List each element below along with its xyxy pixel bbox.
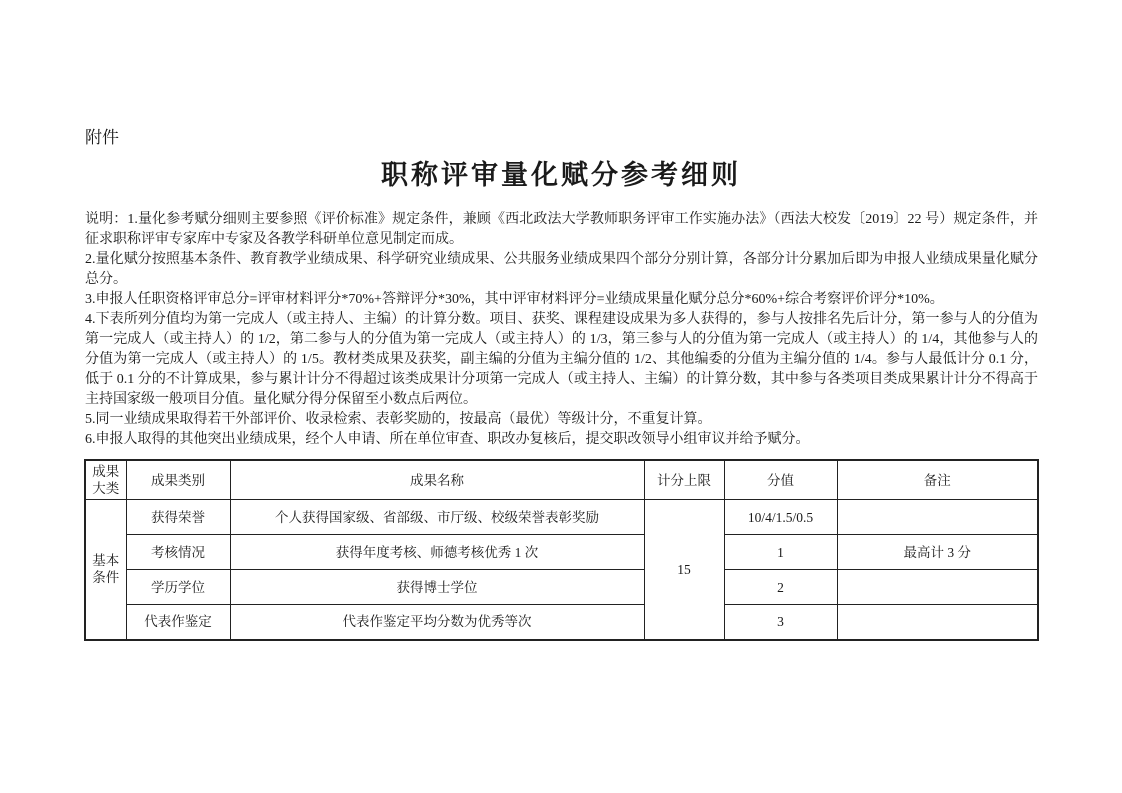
- column-header-remark: 备注: [837, 460, 1038, 500]
- note-item-4: 4.下表所列分值均为第一完成人（或主持人、主编）的计算分数。项目、获奖、课程建设…: [85, 310, 1038, 410]
- notes-section: 说明：1.量化参考赋分细则主要参照《评价标准》规定条件，兼顾《西北政法大学教师职…: [85, 210, 1038, 450]
- table-row: 代表作鉴定 代表作鉴定平均分数为优秀等次 3: [85, 605, 1038, 640]
- score-cell: 10/4/1.5/0.5: [724, 500, 837, 535]
- note-item-6: 6.申报人取得的其他突出业绩成果，经个人申请、所在单位审查、职改办复核后，提交职…: [85, 430, 1038, 450]
- document-page: 附件 职称评审量化赋分参考细则 说明：1.量化参考赋分细则主要参照《评价标准》规…: [0, 0, 1122, 793]
- notes-label: 说明：: [85, 212, 127, 227]
- remark-cell: [837, 500, 1038, 535]
- page-title: 职称评审量化赋分参考细则: [0, 158, 1122, 192]
- name-cell: 个人获得国家级、省部级、市厅级、校级荣誉表彰奖励: [230, 500, 644, 535]
- score-cell: 1: [724, 535, 837, 570]
- attachment-label: 附件: [85, 127, 119, 149]
- note-item-3: 3.申报人任职资格评审总分=评审材料评分*70%+答辩评分*30%，其中评审材料…: [85, 290, 1038, 310]
- note-item-1: 说明：1.量化参考赋分细则主要参照《评价标准》规定条件，兼顾《西北政法大学教师职…: [85, 210, 1038, 250]
- column-header-group: 成果大类: [85, 460, 126, 500]
- column-header-category: 成果类别: [126, 460, 230, 500]
- note-item-2: 2.量化赋分按照基本条件、教育教学业绩成果、科学研究业绩成果、公共服务业绩成果四…: [85, 250, 1038, 290]
- category-cell: 代表作鉴定: [126, 605, 230, 640]
- category-cell: 考核情况: [126, 535, 230, 570]
- score-cell: 3: [724, 605, 837, 640]
- column-header-score: 分值: [724, 460, 837, 500]
- table-header-row: 成果大类 成果类别 成果名称 计分上限 分值 备注: [85, 460, 1038, 500]
- name-cell: 获得年度考核、师德考核优秀 1 次: [230, 535, 644, 570]
- category-cell: 学历学位: [126, 570, 230, 605]
- category-cell: 获得荣誉: [126, 500, 230, 535]
- table-row: 考核情况 获得年度考核、师德考核优秀 1 次 1 最高计 3 分: [85, 535, 1038, 570]
- name-cell: 代表作鉴定平均分数为优秀等次: [230, 605, 644, 640]
- note-text: 1.量化参考赋分细则主要参照《评价标准》规定条件，兼顾《西北政法大学教师职务评审…: [85, 212, 1038, 247]
- table-row: 学历学位 获得博士学位 2: [85, 570, 1038, 605]
- scoring-table: 成果大类 成果类别 成果名称 计分上限 分值 备注 基本条件 获得荣誉 个人获得…: [84, 459, 1039, 641]
- remark-cell: [837, 570, 1038, 605]
- table-row: 基本条件 获得荣誉 个人获得国家级、省部级、市厅级、校级荣誉表彰奖励 15 10…: [85, 500, 1038, 535]
- score-cell: 2: [724, 570, 837, 605]
- score-cap-cell: 15: [644, 500, 724, 640]
- group-cell: 基本条件: [85, 500, 126, 640]
- column-header-score-cap: 计分上限: [644, 460, 724, 500]
- remark-cell: [837, 605, 1038, 640]
- remark-cell: 最高计 3 分: [837, 535, 1038, 570]
- name-cell: 获得博士学位: [230, 570, 644, 605]
- note-item-5: 5.同一业绩成果取得若干外部评价、收录检索、表彰奖励的，按最高（最优）等级计分，…: [85, 410, 1038, 430]
- column-header-name: 成果名称: [230, 460, 644, 500]
